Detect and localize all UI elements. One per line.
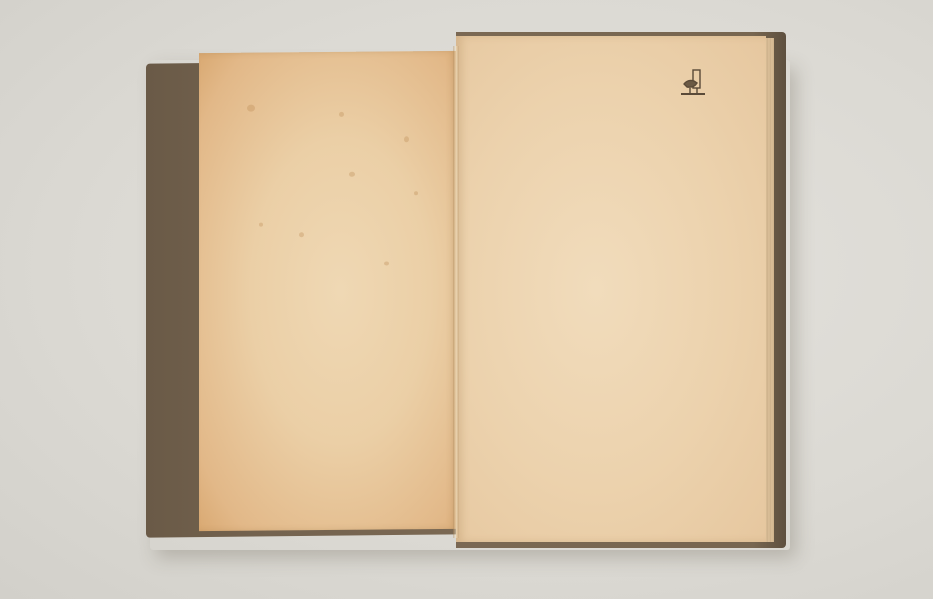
foxing-spot	[259, 223, 263, 227]
publisher-emblem-icon	[678, 66, 708, 100]
left-page	[199, 51, 456, 531]
page-block-edge	[766, 38, 774, 542]
right-page	[456, 36, 766, 542]
book-gutter	[453, 46, 459, 538]
foxing-spot	[339, 112, 344, 117]
foxing-spot	[349, 172, 355, 177]
foxing-spot	[299, 232, 304, 237]
foxing-spot	[247, 105, 255, 112]
foxing-spot	[414, 191, 418, 195]
foxing-spot	[384, 261, 389, 265]
foxing-spot	[404, 136, 409, 142]
